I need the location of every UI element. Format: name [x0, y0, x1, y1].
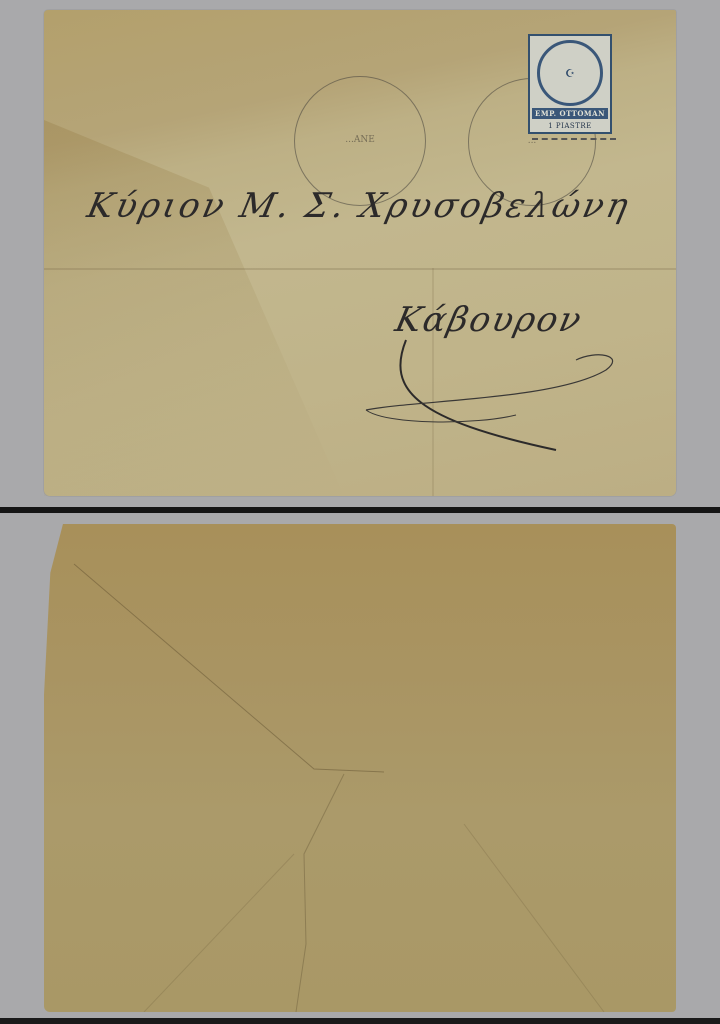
- panel-divider: [0, 507, 720, 513]
- signature-flourish-icon: [356, 330, 636, 460]
- stamp-perforation: [532, 138, 616, 140]
- addressee-name: Κύριον Μ. Σ. Χρυσοβελώνη: [84, 186, 635, 226]
- bottom-border: [0, 1018, 720, 1024]
- horizontal-crease: [44, 268, 676, 270]
- stamp-value: 1 PIASTRE: [548, 122, 592, 130]
- fold-shadow: [44, 120, 344, 496]
- postmark-left-text: ...ANE: [345, 136, 375, 146]
- postage-stamp: ☪ EMP. OTTOMAN 1 PIASTRE: [528, 34, 612, 134]
- envelope-back: [44, 524, 676, 1012]
- flap-creases: [44, 524, 676, 1012]
- envelope-front: ...ANE ... ☪ EMP. OTTOMAN 1 PIASTRE Κύρι…: [44, 10, 676, 496]
- stamp-banner: EMP. OTTOMAN: [532, 108, 608, 119]
- tughra-emblem-icon: ☪: [537, 40, 603, 106]
- front-panel: ...ANE ... ☪ EMP. OTTOMAN 1 PIASTRE Κύρι…: [0, 0, 720, 508]
